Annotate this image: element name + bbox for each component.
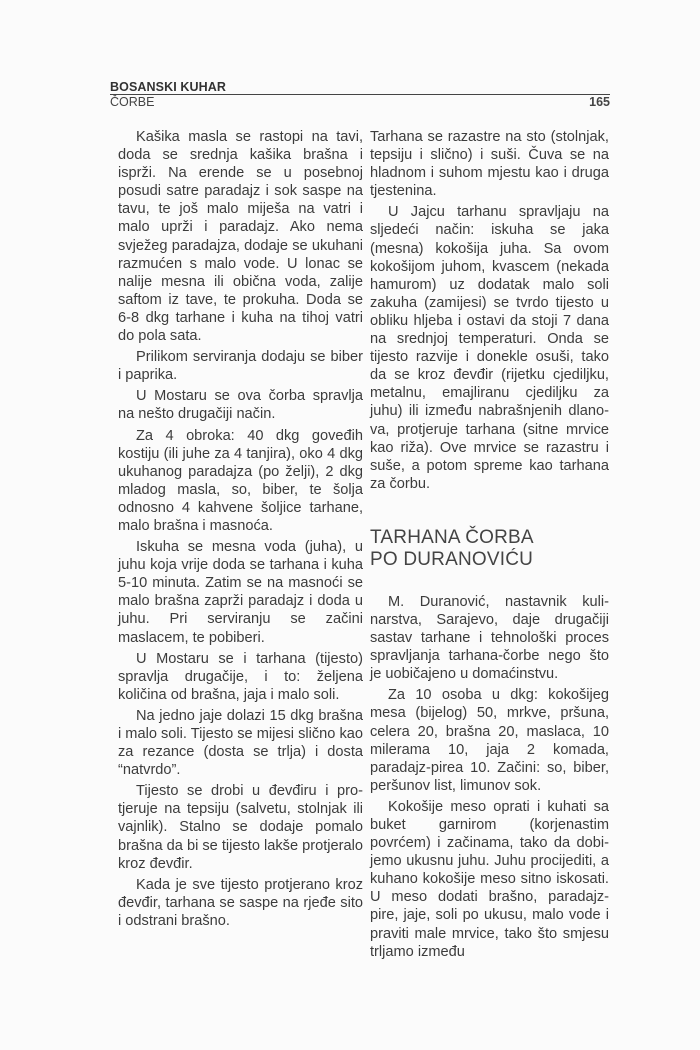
section-title-line-1: TARHANA ČORBA <box>370 527 534 548</box>
paragraph: U Mostaru se ova čorba spravlja na nešto… <box>118 387 363 423</box>
paragraph: Za 4 obroka: 40 dkg goveđih kostiju (ili… <box>118 427 363 536</box>
paragraph: Prilikom serviranja dodaju se biber i pa… <box>118 348 363 384</box>
header-row: ČORBE 165 <box>110 95 610 110</box>
book-title: BOSANSKI KUHAR <box>110 81 610 94</box>
paragraph: Kada je sve tijesto protjerano kroz đevđ… <box>118 876 363 930</box>
paragraph: Kokošije meso oprati i kuhati sa buket g… <box>370 798 609 961</box>
chapter-title: ČORBE <box>110 95 154 110</box>
left-column: Kašika masla se rastopi na tavi, doda se… <box>118 128 363 933</box>
running-header: BOSANSKI KUHAR ČORBE 165 <box>110 81 610 110</box>
section-title: TARHANA ČORBA PO DURANOVIĆU <box>370 527 609 571</box>
right-column: Tarhana se razastre na sto (stol­njak, t… <box>370 128 609 964</box>
paragraph: Iskuha se mesna voda (juha), u juhu koja… <box>118 538 363 647</box>
page-number: 165 <box>589 95 610 110</box>
paragraph: Tarhana se razastre na sto (stol­njak, t… <box>370 128 609 200</box>
paragraph: Tijesto se drobi u đevđiru i pro­tjeruje… <box>118 782 363 872</box>
paragraph: Na jedno jaje dolazi 15 dkg braš­na i ma… <box>118 707 363 779</box>
section-title-line-2: PO DURANOVIĆU <box>370 549 533 570</box>
paragraph: M. Duranović, nastavnik kuli­narstva, Sa… <box>370 593 609 683</box>
paragraph: U Mostaru se i tarhana (tijesto) spravlj… <box>118 650 363 704</box>
paragraph: U Jajcu tarhanu spravljaju na sljedeći n… <box>370 203 609 493</box>
paragraph: Kašika masla se rastopi na tavi, doda se… <box>118 128 363 345</box>
paragraph: Za 10 osoba u dkg: kokošijeg mesa (bijel… <box>370 686 609 795</box>
